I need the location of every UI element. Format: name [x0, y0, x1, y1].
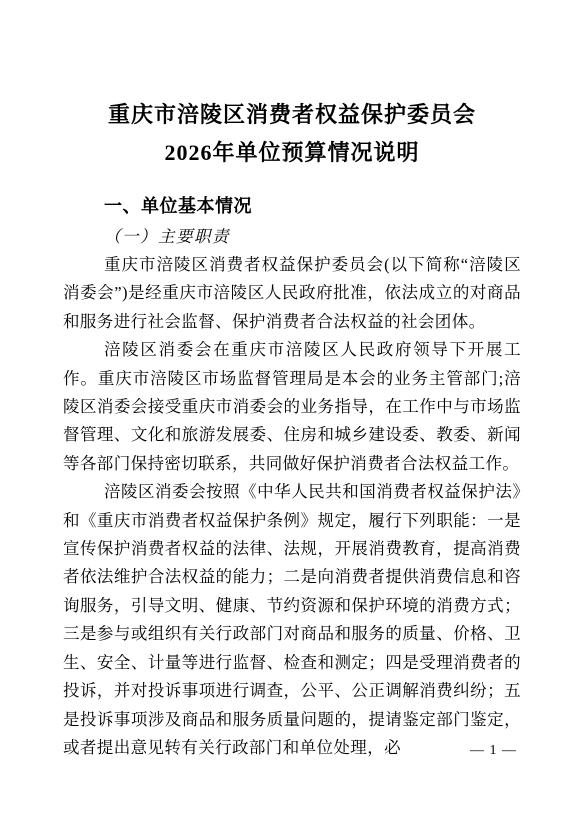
document-title-line1: 重庆市涪陵区消费者权益保护委员会	[63, 96, 521, 134]
paragraph-committee-intro: 重庆市涪陵区消费者权益保护委员会(以下简称“涪陵区消委会”)是经重庆市涪陵区人民…	[63, 251, 521, 336]
document-title-line2: 2026年单位预算情况说明	[63, 134, 521, 172]
paragraph-functions-list: 涪陵区消委会按照《中华人民共和国消费者权益保护法》和《重庆市消费者权益保护条例》…	[63, 478, 521, 762]
document-title: 重庆市涪陵区消费者权益保护委员会 2026年单位预算情况说明	[63, 0, 521, 172]
subsection-heading-main-duties: （一）主要职责	[63, 223, 521, 251]
document-page: 重庆市涪陵区消费者权益保护委员会 2026年单位预算情况说明 一、单位基本情况 …	[0, 0, 588, 832]
paragraph-leadership-relations: 涪陵区消委会在重庆市涪陵区人民政府领导下开展工作。重庆市涪陵区市场监督管理局是本…	[63, 336, 521, 478]
document-body: 重庆市涪陵区消费者权益保护委员会(以下简称“涪陵区消委会”)是经重庆市涪陵区人民…	[63, 251, 521, 762]
section-heading-unit-basic-info: 一、单位基本情况	[63, 192, 521, 220]
page-number: — 1 —	[470, 743, 517, 759]
